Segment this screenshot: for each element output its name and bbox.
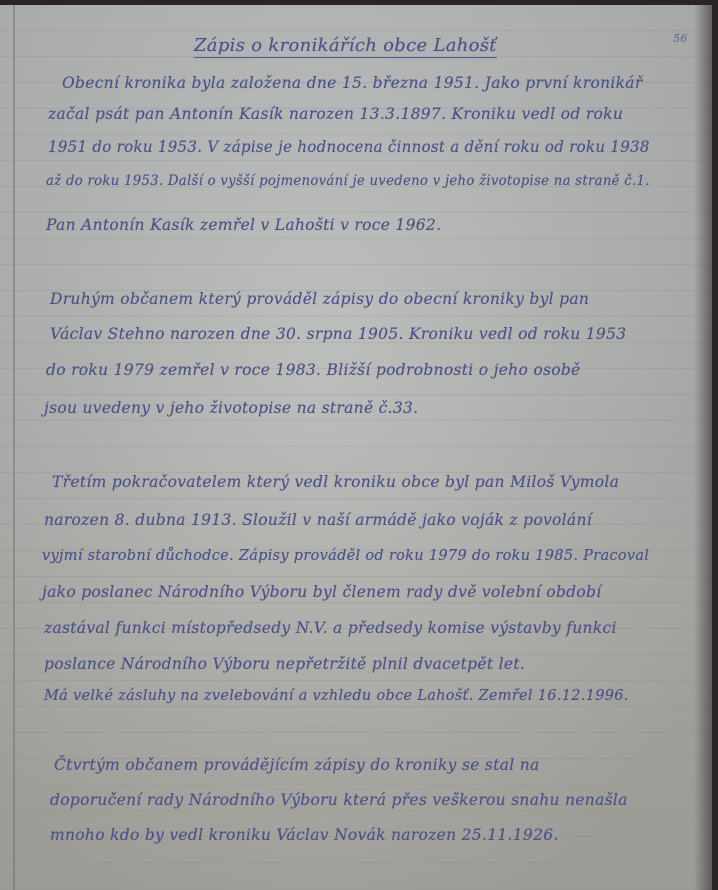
text-line: mnoho kdo by vedl kroniku Václav Novák n… — [50, 825, 559, 845]
text-line: začal psát pan Antonín Kasík narozen 13.… — [48, 104, 623, 124]
page-title: Zápis o kronikářích obce Lahošť — [194, 35, 497, 58]
page-number: 56 — [673, 32, 688, 45]
text-line: Obecní kronika byla založena dne 15. bře… — [62, 73, 643, 93]
text-line: Čtvrtým občanem provádějícím zápisy do k… — [54, 755, 540, 775]
photo-frame: Zápis o kronikářích obce Lahošť 56 Obecn… — [0, 0, 718, 890]
text-line: jsou uvedeny v jeho životopise na straně… — [44, 398, 418, 418]
text-line: 1951 do roku 1953. V zápise je hodnocena… — [48, 137, 650, 157]
page-margin-line — [13, 5, 15, 890]
text-line: Druhým občanem který prováděl zápisy do … — [50, 289, 589, 309]
text-line: Pan Antonín Kasík zemřel v Lahošti v roc… — [46, 215, 441, 235]
text-line: Václav Stehno narozen dne 30. srpna 1905… — [50, 324, 626, 344]
text-line: Třetím pokračovatelem který vedl kroniku… — [52, 472, 619, 492]
text-line: poslance Národního Výboru nepřetržitě pl… — [44, 654, 525, 674]
text-line: doporučení rady Národního Výboru která p… — [50, 790, 628, 810]
text-line: až do roku 1953. Další o vyšší pojmenová… — [46, 171, 650, 191]
text-line: jako poslanec Národního Výboru byl člene… — [42, 582, 602, 602]
binding-shadow — [694, 5, 712, 890]
text-line: zastával funkci místopředsedy N.V. a pře… — [44, 618, 617, 638]
text-line: Má velké zásluhy na zvelebování a vzhled… — [44, 686, 629, 706]
chronicle-page: Zápis o kronikářích obce Lahošť 56 Obecn… — [0, 5, 712, 890]
text-line: narozen 8. dubna 1913. Sloužil v naší ar… — [44, 510, 592, 530]
text-line: do roku 1979 zemřel v roce 1983. Bližší … — [46, 360, 581, 380]
text-line: vyjmí starobní důchodce. Zápisy prováděl… — [42, 546, 649, 566]
